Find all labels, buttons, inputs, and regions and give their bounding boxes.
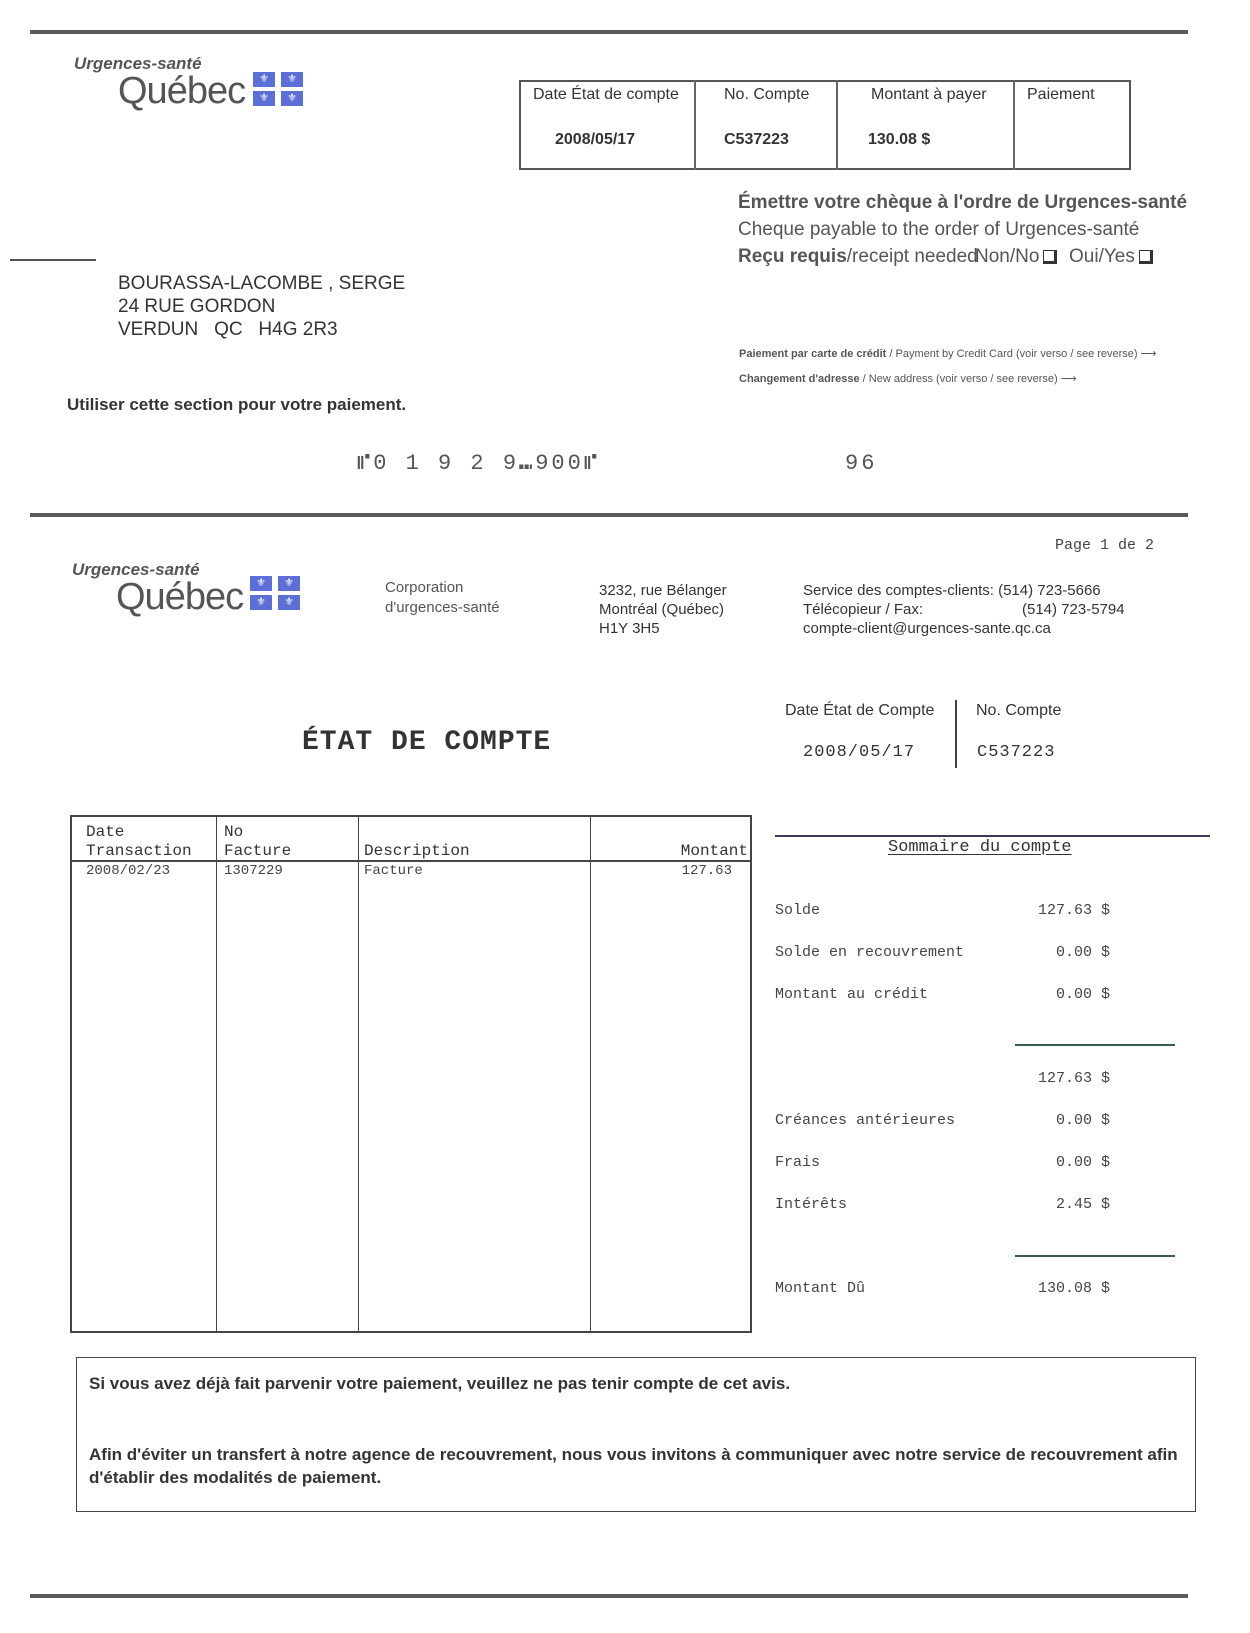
- header-account: No. Compte: [695, 81, 837, 121]
- recipient-name: BOURASSA-LACOMBE , SERGE: [118, 272, 405, 295]
- receipt-option-yes[interactable]: Oui/Yes: [1069, 246, 1153, 268]
- address-line: Montréal (Québec): [599, 600, 727, 619]
- arrow-right-icon: ⟶: [1061, 373, 1077, 385]
- summary-label-solde: Solde: [775, 902, 820, 919]
- summary-label-frais: Frais: [775, 1154, 820, 1171]
- summary-label-creances: Créances antérieures: [775, 1112, 955, 1129]
- header-divider: [955, 700, 957, 768]
- receipt-no-label: Non/No: [975, 246, 1039, 267]
- summary-value-creances: 0.00 $: [1056, 1112, 1110, 1129]
- column-divider: [358, 817, 359, 1331]
- credit-card-rest: / Payment by Credit Card (voir verso / s…: [886, 348, 1137, 360]
- col-header-line: Transaction: [86, 842, 192, 861]
- cell-description: Facture: [364, 863, 423, 879]
- value-amount-due: 130.08 $: [837, 121, 1014, 169]
- total-line: [1015, 1255, 1175, 1257]
- statement-logo-quebec: Québec: [116, 576, 243, 619]
- statement-date-label: Date État de Compte: [785, 701, 934, 720]
- bottom-rule: [30, 1594, 1188, 1598]
- corporation-address: 3232, rue Bélanger Montréal (Québec) H1Y…: [599, 581, 727, 638]
- quebec-flag-icon: ⚜⚜⚜⚜: [253, 72, 303, 106]
- summary-top-rule: [775, 835, 1210, 837]
- checkbox-icon[interactable]: [1139, 250, 1153, 264]
- fax-value: (514) 723-5794: [1022, 601, 1125, 618]
- corporation-line: d'urgences-santé: [385, 598, 500, 618]
- quebec-flag-icon: ⚜⚜⚜⚜: [250, 576, 300, 610]
- cell-date: 2008/02/23: [86, 863, 170, 879]
- address-change-note: Changement d'adresse / New address (voir…: [739, 372, 1077, 385]
- summary-value-credit: 0.00 $: [1056, 986, 1110, 1003]
- recipient-city: VERDUN QC H4G 2R3: [118, 318, 405, 341]
- address-change-bold: Changement d'adresse: [739, 373, 860, 385]
- summary-value-interets: 2.45 $: [1056, 1196, 1110, 1213]
- notice-collection: Afin d'éviter un transfert à notre agenc…: [89, 1443, 1183, 1489]
- column-divider: [216, 817, 217, 1331]
- credit-card-bold: Paiement par carte de crédit: [739, 348, 886, 360]
- address-mark-line: [10, 259, 96, 261]
- summary-value-recouvrement: 0.00 $: [1056, 944, 1110, 961]
- summary-label-interets: Intérêts: [775, 1196, 847, 1213]
- micr-line: ⑈0 1 9 2 9⑉900⑈: [357, 451, 600, 476]
- header-payment: Paiement: [1014, 81, 1130, 121]
- corporation-name: Corporation d'urgences-santé: [385, 578, 500, 618]
- statement-account-label: No. Compte: [976, 701, 1061, 720]
- column-divider: [590, 817, 591, 1331]
- arrow-right-icon: ⟶: [1141, 348, 1157, 360]
- subtotal-line: [1015, 1044, 1175, 1046]
- summary-value-montant-du: 130.08 $: [1038, 1280, 1110, 1297]
- col-header-description: Description: [364, 842, 470, 861]
- notice-box: Si vous avez déjà fait parvenir votre pa…: [76, 1357, 1196, 1512]
- summary-title: Sommaire du compte: [888, 838, 1072, 857]
- address-change-rest: / New address (voir verso / see reverse): [860, 373, 1058, 385]
- perforation-rule: [30, 513, 1188, 517]
- cell-amount: 127.63: [682, 863, 732, 879]
- summary-value-subtotal: 127.63 $: [1038, 1070, 1110, 1087]
- stub-logo-quebec: Québec: [118, 70, 245, 113]
- contact-phone-row: Service des comptes-clients: (514) 723-5…: [803, 581, 1125, 600]
- recipient-address: BOURASSA-LACOMBE , SERGE 24 RUE GORDON V…: [118, 272, 405, 341]
- notice-already-paid: Si vous avez déjà fait parvenir votre pa…: [89, 1372, 1183, 1395]
- corporation-line: Corporation: [385, 578, 500, 598]
- receipt-label-bold: Reçu requis: [738, 246, 847, 267]
- col-header-amount: Montant: [681, 842, 748, 861]
- phone-value: (514) 723-5666: [998, 582, 1101, 599]
- receipt-yes-label: Oui/Yes: [1069, 246, 1135, 267]
- header-amount: Montant à payer: [837, 81, 1014, 121]
- credit-card-note: Paiement par carte de crédit / Payment b…: [739, 347, 1156, 360]
- value-date: 2008/05/17: [520, 121, 695, 169]
- statement-account-value: C537223: [977, 743, 1055, 762]
- fax-label: Télécopieur / Fax:: [803, 600, 1022, 619]
- address-line: 3232, rue Bélanger: [599, 581, 727, 600]
- micr-code: 96: [845, 451, 877, 476]
- receipt-needed: Reçu requis/receipt needed: [738, 246, 978, 268]
- cell-invoice: 1307229: [224, 863, 283, 879]
- summary-label-credit: Montant au crédit: [775, 986, 928, 1003]
- statement-title: ÉTAT DE COMPTE: [302, 727, 551, 758]
- contact-email[interactable]: compte-client@urgences-sante.qc.ca: [803, 619, 1125, 638]
- use-section-text: Utiliser cette section pour votre paieme…: [67, 395, 406, 415]
- cheque-instruction-fr: Émettre votre chèque à l'ordre de Urgenc…: [738, 192, 1187, 214]
- receipt-option-no[interactable]: Non/No: [975, 246, 1057, 268]
- col-header-line: Date: [86, 823, 192, 842]
- checkbox-icon[interactable]: [1043, 250, 1057, 264]
- col-header-line: Facture: [224, 842, 291, 861]
- cheque-instruction-en: Cheque payable to the order of Urgences-…: [738, 219, 1139, 241]
- phone-label: Service des comptes-clients:: [803, 582, 994, 599]
- top-rule: [30, 30, 1188, 34]
- col-header-invoice: No Facture: [224, 823, 291, 861]
- value-account: C537223: [695, 121, 837, 169]
- statement-date-value: 2008/05/17: [803, 743, 915, 762]
- recipient-street: 24 RUE GORDON: [118, 295, 405, 318]
- payment-summary-box: Date État de compte No. Compte Montant à…: [519, 80, 1131, 170]
- page-indicator: Page 1 de 2: [1055, 537, 1154, 554]
- summary-value-frais: 0.00 $: [1056, 1154, 1110, 1171]
- header-date: Date État de compte: [520, 81, 695, 121]
- col-header-line: No: [224, 823, 291, 842]
- payment-field[interactable]: [1014, 121, 1130, 169]
- contact-info: Service des comptes-clients: (514) 723-5…: [803, 581, 1125, 638]
- receipt-label-rest: /receipt needed: [847, 246, 978, 267]
- summary-label-recouvrement: Solde en recouvrement: [775, 944, 964, 961]
- contact-fax-row: Télécopieur / Fax:(514) 723-5794: [803, 600, 1125, 619]
- summary-value-solde: 127.63 $: [1038, 902, 1110, 919]
- transactions-table: Date Transaction No Facture Description …: [70, 815, 752, 1333]
- address-line: H1Y 3H5: [599, 619, 727, 638]
- col-header-date: Date Transaction: [86, 823, 192, 861]
- summary-label-montant-du: Montant Dû: [775, 1280, 865, 1297]
